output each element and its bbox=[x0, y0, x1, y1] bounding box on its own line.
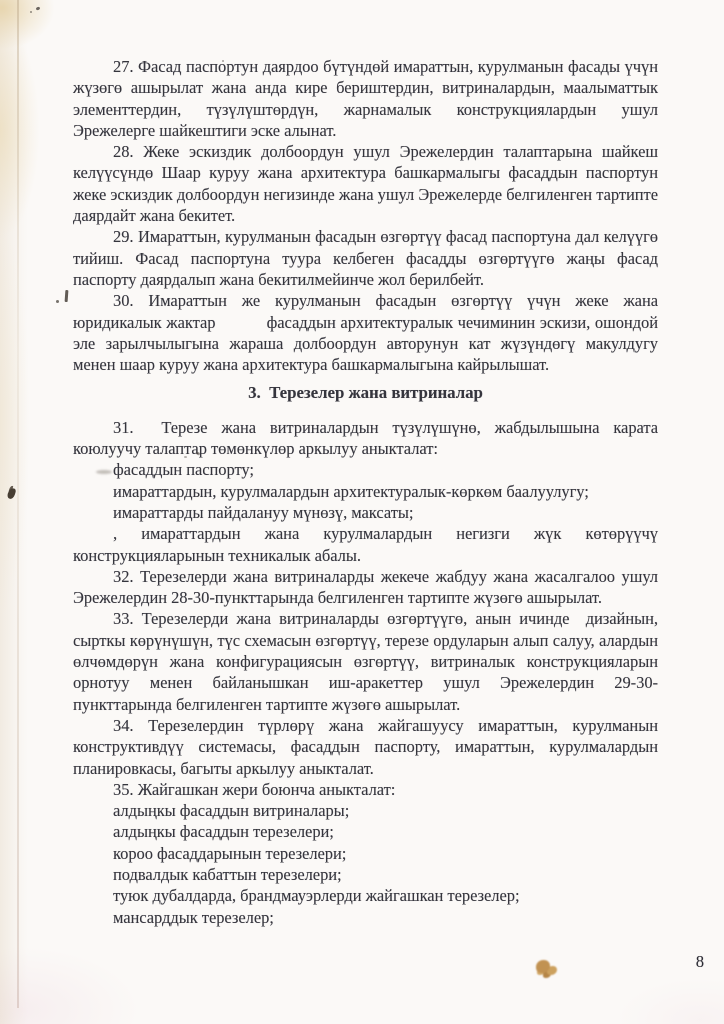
paragraph: 30. Имараттын же курулманын фасадын өзгө… bbox=[73, 290, 658, 375]
section-heading: 3. Терезелер жана витриналар bbox=[73, 382, 658, 403]
paragraph: 29. Имараттын, курулманын фасадын өзгөрт… bbox=[73, 226, 658, 290]
paragraph: алдыңкы фасаддын терезелери; bbox=[73, 821, 658, 842]
paragraph: фасаддын паспорту; bbox=[73, 459, 658, 480]
page-fold-line bbox=[17, 0, 19, 1008]
brown-stain bbox=[536, 960, 550, 973]
paragraph: короо фасаддарынын терезелери; bbox=[73, 843, 658, 864]
ink-speck bbox=[30, 11, 32, 13]
paragraph: туюк дубалдарда, брандмауэрлерди жайгашк… bbox=[73, 885, 658, 906]
page-number: 8 bbox=[696, 952, 704, 972]
scanned-page: 27. Фасад паспортун даярдоо бүтүндөй има… bbox=[0, 0, 724, 1024]
ink-speck bbox=[56, 300, 59, 303]
ink-speck bbox=[36, 6, 41, 10]
paragraph: 34. Терезелердин түрлөрү жана жайгашуусу… bbox=[73, 715, 658, 779]
ink-speck bbox=[184, 456, 187, 458]
paragraph: алдыңкы фасаддын витриналары; bbox=[73, 800, 658, 821]
ink-mark bbox=[65, 290, 68, 302]
paragraph: 32. Терезелерди жана витриналарды жекече… bbox=[73, 566, 658, 609]
paragraph: 31. Терезе жана витриналардын түзүлүшүнө… bbox=[73, 417, 658, 460]
ink-blot bbox=[6, 487, 16, 500]
paragraph: 28. Жеке эскиздик долбоордун ушул Эрежел… bbox=[73, 141, 658, 226]
ink-speck bbox=[222, 60, 224, 62]
paragraph: 33. Терезелерди жана витриналарды өзгөрт… bbox=[73, 608, 658, 714]
paragraph: мансарддык терезелер; bbox=[73, 907, 658, 928]
paragraph: подвалдык кабаттын терезелери; bbox=[73, 864, 658, 885]
paragraph: имараттардын, курулмалардын архитектурал… bbox=[73, 481, 658, 502]
ink-smudge bbox=[96, 470, 112, 474]
paragraph: 27. Фасад паспортун даярдоо бүтүндөй има… bbox=[73, 56, 658, 141]
paragraph: имараттарды пайдалануу мүнөзү, максаты; bbox=[73, 502, 658, 523]
paragraph: 35. Жайгашкан жери боюнча аныкталат: bbox=[73, 779, 658, 800]
paragraph: , имараттардын жана курулмалардын негизг… bbox=[73, 523, 658, 566]
document-text: 27. Фасад паспортун даярдоо бүтүндөй има… bbox=[73, 56, 658, 928]
